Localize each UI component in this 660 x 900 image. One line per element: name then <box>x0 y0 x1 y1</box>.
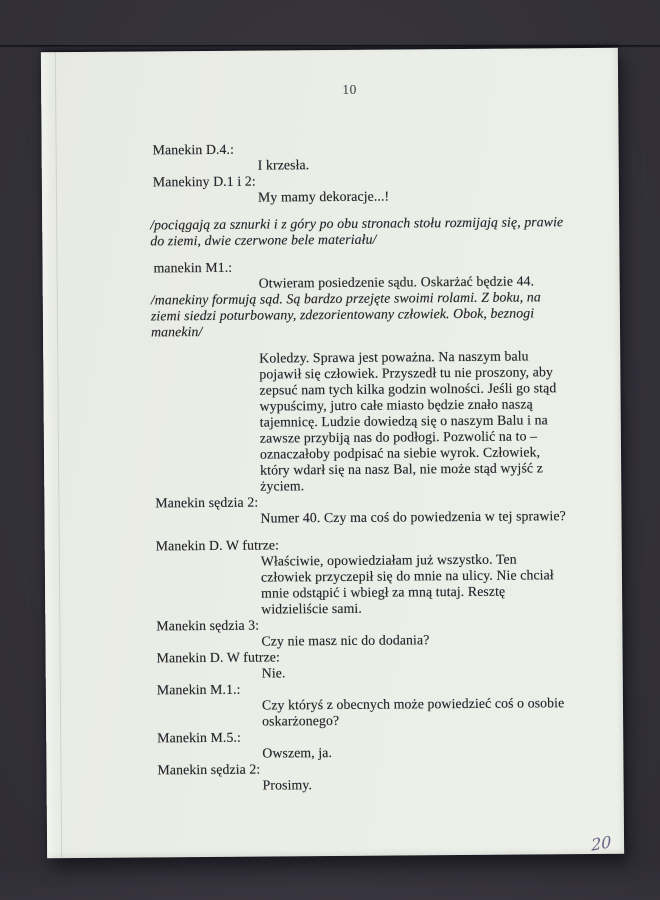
document-page: 10 Manekin D.4.:I krzesła.Manekiny D.1 i… <box>41 48 624 859</box>
dialogue-line: Czy któryś z obecnych może powiedzieć co… <box>262 695 623 730</box>
dialogue-line: Właściwie, opowiedziałam już wszystko. T… <box>261 551 622 618</box>
script-body: Manekin D.4.:I krzesła.Manekiny D.1 i 2:… <box>42 139 624 796</box>
stage-direction: /pociągają za sznurki i z góry po obu st… <box>150 214 570 249</box>
page-number: 10 <box>61 48 638 101</box>
handwritten-page-mark: 20 <box>590 832 611 855</box>
dialogue-line: Koledzy. Sprawa jest poważna. Na naszym … <box>259 348 621 495</box>
stage-direction: /manekiny formują sąd. Są bardzo przejęt… <box>151 289 571 340</box>
dialogue-line: Numer 40. Czy ma coś do powiedzenia w te… <box>260 508 621 527</box>
dialogue-line: Prosimy. <box>263 775 624 794</box>
dialogue-line: My mamy dekoracje...! <box>258 187 619 206</box>
scanner-background: { "document": { "page_number": "10", "ha… <box>0 0 660 900</box>
